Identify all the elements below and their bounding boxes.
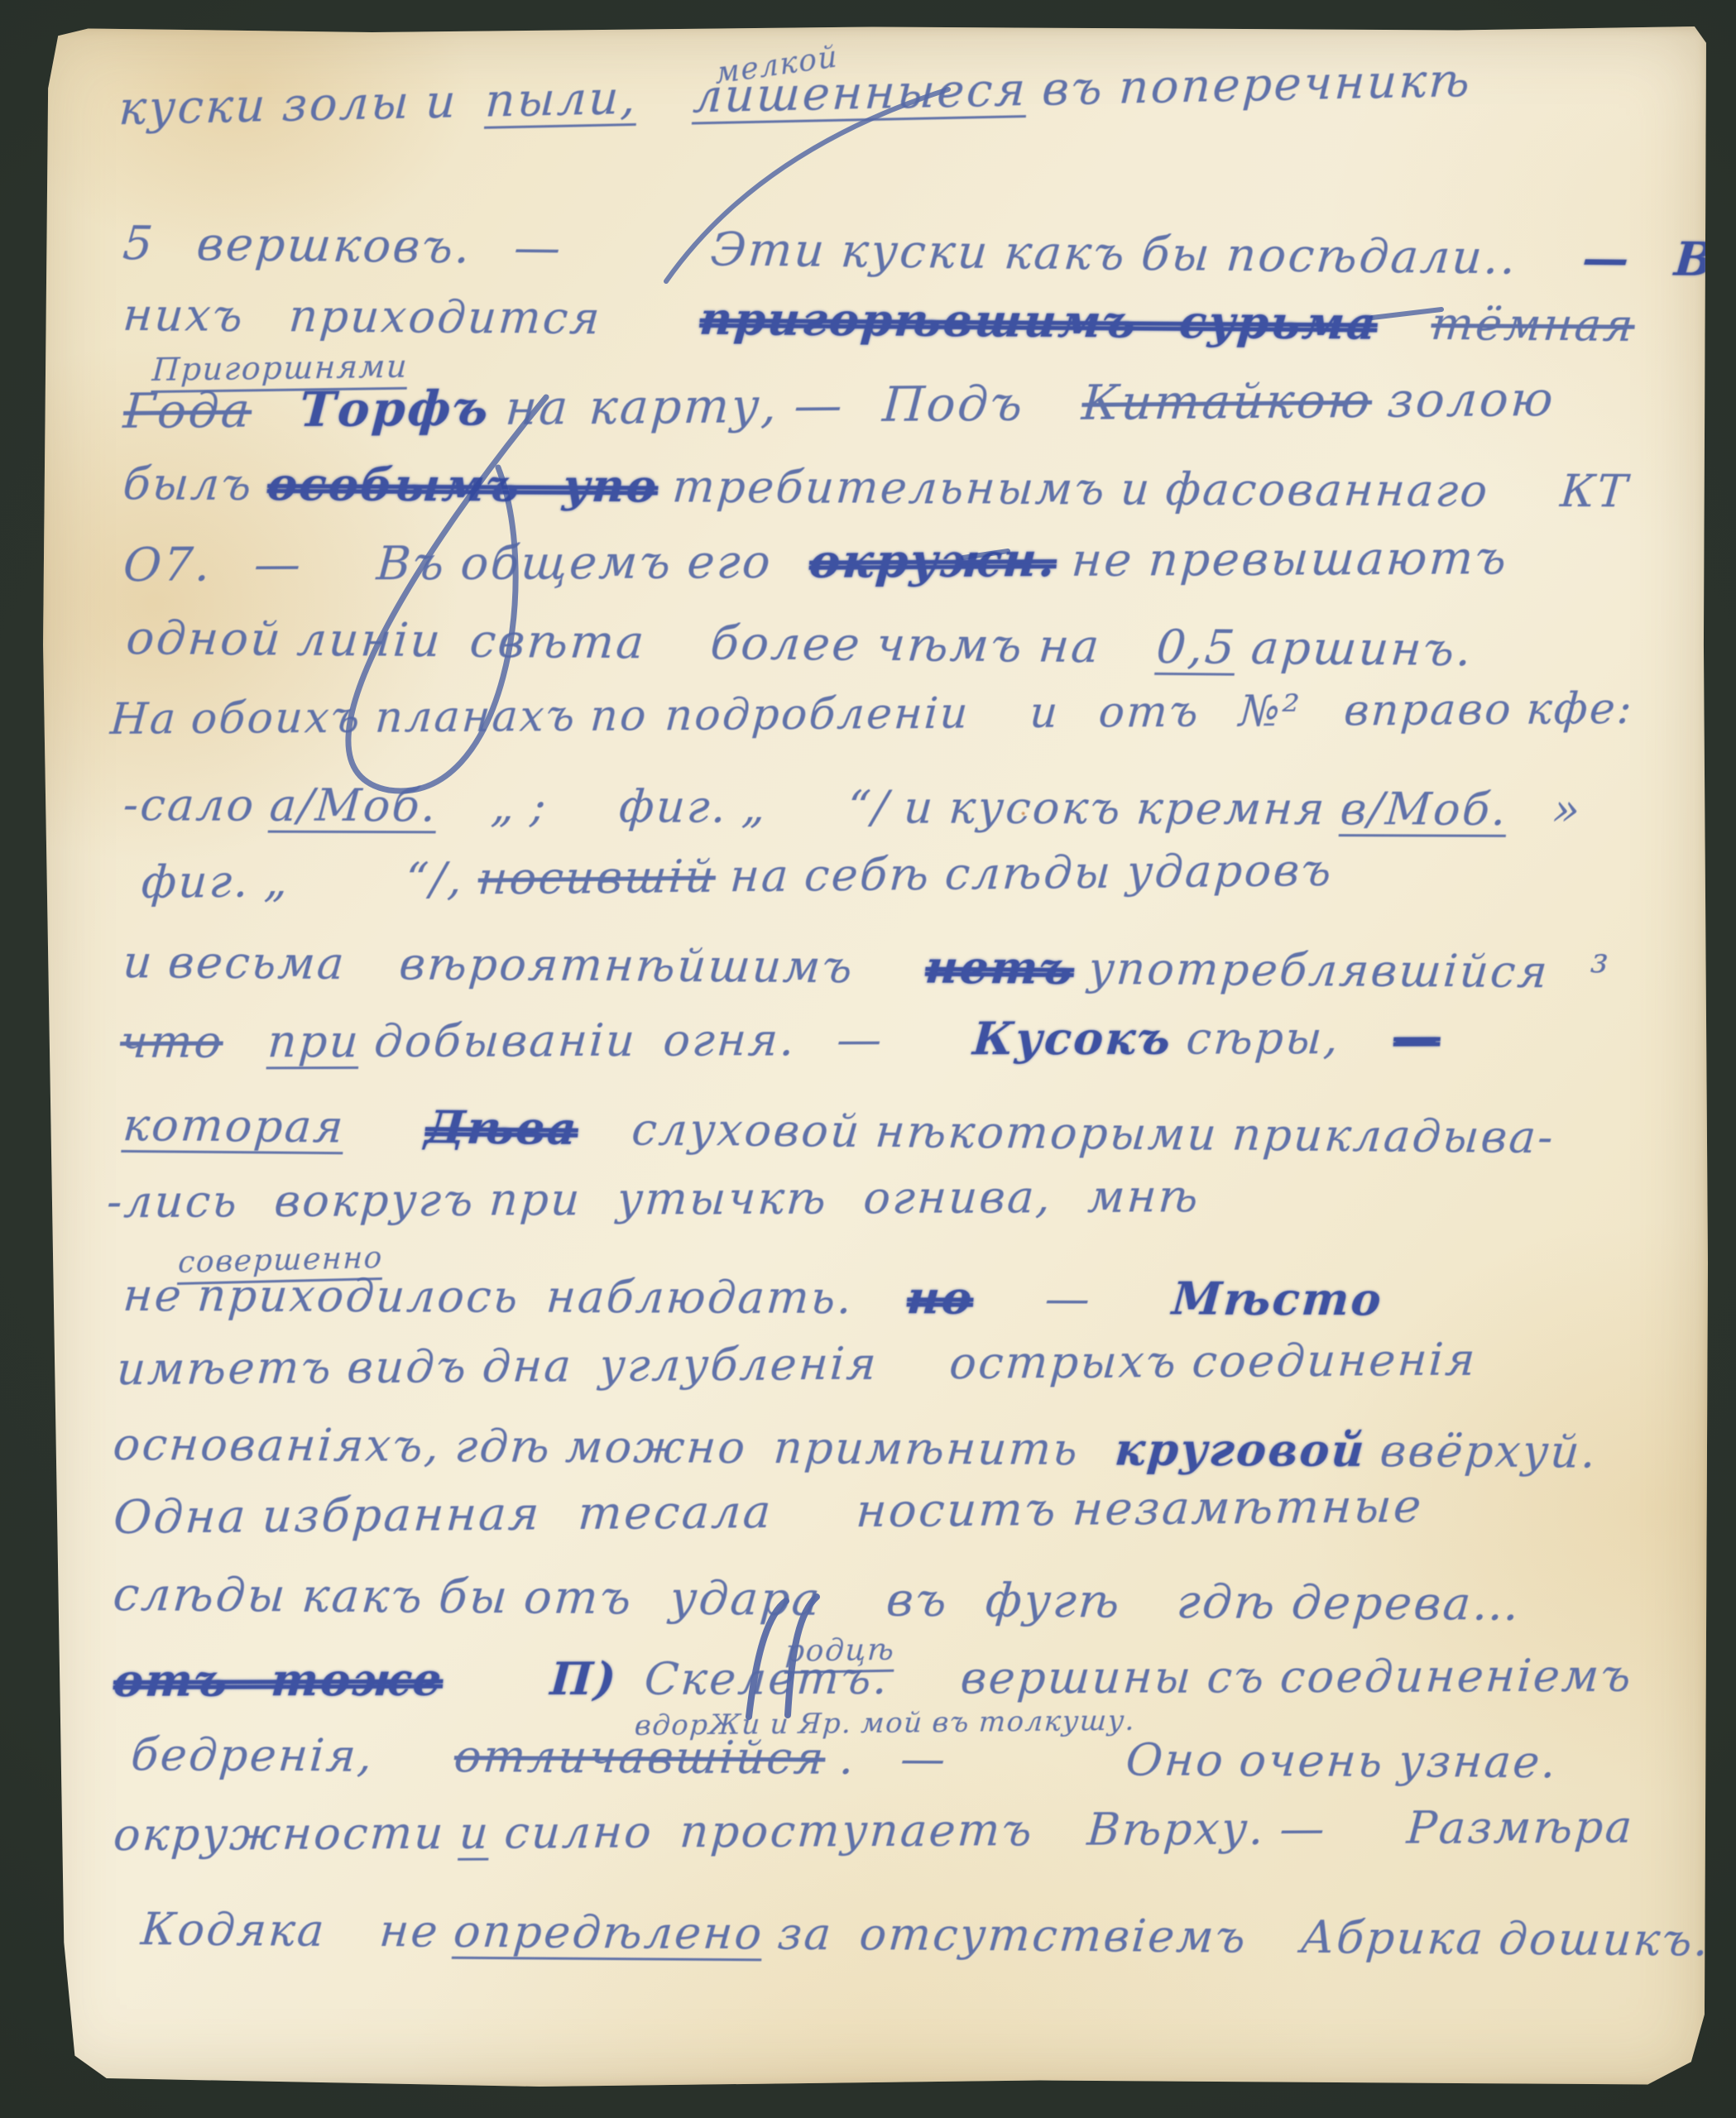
word: обоихъ bbox=[189, 697, 362, 740]
struck-word: отличавшійся bbox=[453, 1734, 827, 1780]
word: имѣетъ bbox=[115, 1345, 333, 1392]
struck-word: — bbox=[1392, 1015, 1441, 1060]
word: а/Моб. bbox=[268, 783, 439, 828]
word: гдѣ bbox=[1175, 1579, 1278, 1626]
word: Оно bbox=[1125, 1737, 1227, 1783]
word: О7. — bbox=[122, 541, 304, 588]
word: вокругъ bbox=[273, 1178, 477, 1224]
handwriting-line: -лисьвокругъприутычкѣогнива,мнѣ bbox=[105, 1174, 1201, 1224]
word: Эти bbox=[709, 227, 828, 274]
word: фиг. bbox=[140, 860, 251, 905]
word: на bbox=[1037, 624, 1103, 671]
handwriting-line: О7. —Въобщемъегоокружн.непревышаютъ bbox=[122, 534, 1509, 589]
word: его bbox=[686, 539, 774, 586]
word: гдѣ bbox=[453, 1424, 554, 1469]
word: дошикъ. bbox=[1497, 1917, 1711, 1963]
word: кремня bbox=[1134, 786, 1327, 831]
word: » bbox=[1551, 788, 1583, 832]
word: вершины bbox=[959, 1656, 1194, 1701]
struck-word: но bbox=[905, 1276, 975, 1320]
word: прикладыва- bbox=[1230, 1112, 1556, 1159]
handwriting-line: былъособымъ употребительнымъифасованнаго… bbox=[122, 461, 1631, 515]
word: нихъ bbox=[122, 293, 247, 338]
word: “/, bbox=[405, 857, 465, 903]
word: ; bbox=[529, 784, 549, 829]
word: одной bbox=[125, 616, 285, 664]
word: мнѣ bbox=[1086, 1174, 1201, 1220]
word: приходится bbox=[287, 295, 603, 342]
handwriting-line: -салоа/Моб.„;фиг.„“/икусокъкремняв/Моб.» bbox=[122, 783, 1584, 832]
word: приходилось bbox=[196, 1274, 521, 1320]
word: 5 вершковъ. — bbox=[121, 221, 564, 272]
word: . bbox=[838, 1736, 858, 1780]
struck-word: Дѣва bbox=[424, 1105, 580, 1151]
word: очень bbox=[1237, 1738, 1385, 1784]
struck-word: что bbox=[118, 1020, 224, 1065]
struck-word: пригорѣвшимъ сурьма bbox=[698, 296, 1379, 346]
word: более bbox=[709, 621, 864, 668]
word: „ bbox=[263, 859, 291, 903]
handwriting-line: ивесьмавѣроятнѣйшимънетъупотреблявшійся … bbox=[122, 939, 1612, 995]
word: фугѣ bbox=[984, 1578, 1123, 1625]
word: золою bbox=[1386, 375, 1556, 424]
handwriting-line: имѣетъвидъднауглубленіяострыхъсоединенія bbox=[115, 1338, 1478, 1392]
word: золы bbox=[281, 80, 411, 129]
word: „ bbox=[490, 783, 518, 828]
handwriting-line: однойлиніисвѣтаболеечѣмъна0,5аршинъ. bbox=[125, 616, 1475, 673]
word: Въ bbox=[375, 540, 447, 587]
word: бы bbox=[1139, 232, 1213, 279]
word: кусокъ bbox=[947, 785, 1124, 831]
word: добываніи bbox=[373, 1018, 638, 1064]
handwriting-line: чтопридобываніиогня. —Кусокъсѣры,— bbox=[118, 1015, 1441, 1066]
word: примѣнить bbox=[772, 1426, 1081, 1472]
word: свѣта bbox=[468, 619, 648, 667]
word: огнива, bbox=[862, 1175, 1053, 1220]
word: общемъ bbox=[459, 539, 674, 587]
word: фасованнаго bbox=[1164, 467, 1491, 514]
word: в/Моб. bbox=[1339, 787, 1509, 832]
word: куски bbox=[839, 228, 991, 276]
word: которая bbox=[122, 1103, 347, 1149]
word: “/ bbox=[846, 785, 891, 830]
handwriting-line: основаніяхъ,гдѣможнопримѣнитькруговойввё… bbox=[112, 1421, 1599, 1474]
word: въ bbox=[885, 1577, 950, 1623]
word: пыли, bbox=[484, 75, 639, 125]
word: отъ bbox=[522, 1574, 635, 1622]
word: карту, bbox=[587, 381, 780, 431]
word: подробленіи bbox=[664, 692, 971, 737]
handwriting-line: Однаизбраннаятесаланоситънезамѣтные bbox=[112, 1484, 1424, 1542]
word: въ bbox=[1041, 65, 1105, 113]
word: на bbox=[729, 854, 792, 899]
word: Размѣра bbox=[1405, 1804, 1635, 1850]
word: линіи bbox=[295, 617, 444, 664]
word: основаніяхъ, bbox=[112, 1422, 443, 1469]
struck-word: Года bbox=[122, 386, 253, 434]
word: можно bbox=[563, 1425, 748, 1470]
word: Одна bbox=[112, 1494, 248, 1541]
word: нѣкоторыми bbox=[874, 1109, 1220, 1157]
handwriting-line: КодяканеопредѣленозаотсутствіемъАбрикадо… bbox=[122, 1907, 1712, 1962]
handwriting-line: фиг.„“/,носившійнасебѣслѣдыударовъ bbox=[122, 848, 1335, 905]
word: узнае. bbox=[1397, 1739, 1559, 1785]
handwriting-line: отъ тожеП)Скелетъ.вершинысъсоединеніемъ bbox=[112, 1653, 1634, 1704]
word: 0,5 bbox=[1154, 625, 1238, 672]
word: вѣроятнѣйшимъ bbox=[398, 942, 856, 990]
word: П) bbox=[549, 1656, 619, 1701]
word: — Въ bbox=[1580, 236, 1736, 284]
word: — bbox=[1043, 1277, 1093, 1321]
word: углубленія bbox=[598, 1342, 880, 1388]
word: слѣды bbox=[943, 851, 1114, 897]
word: соединеніемъ bbox=[1278, 1654, 1634, 1699]
word: планахъ bbox=[374, 695, 578, 740]
word: незамѣтные bbox=[1071, 1484, 1424, 1534]
word: дерева… bbox=[1290, 1579, 1523, 1627]
handwriting-line: котораяДѣваслуховойнѣкоторымиприкладыва- bbox=[122, 1102, 1557, 1160]
word: не bbox=[122, 1273, 185, 1318]
word: Вѣрху. bbox=[1086, 1807, 1267, 1852]
handwriting-line: ГодаТорфънакарту,—ПодъКитайкоюзолою bbox=[122, 375, 1556, 435]
word: и bbox=[122, 940, 156, 985]
word: дна bbox=[481, 1344, 574, 1389]
struck-word: нетъ bbox=[923, 945, 1076, 990]
word: посѣдали.. bbox=[1225, 232, 1519, 282]
word: фиг. bbox=[617, 784, 729, 829]
manuscript-page: кускизолыипыли,лишенныесявъпоперечникѣ5 … bbox=[38, 26, 1708, 2087]
word: бы bbox=[437, 1574, 511, 1621]
word: отсутствіемъ bbox=[858, 1913, 1249, 1960]
word: Абрика bbox=[1299, 1915, 1486, 1962]
word: — bbox=[793, 381, 846, 429]
word: КТ bbox=[1559, 469, 1631, 514]
word: острыхъ bbox=[948, 1339, 1179, 1386]
word: при bbox=[487, 1177, 583, 1223]
word: утычкѣ bbox=[616, 1176, 829, 1222]
word: Кусокъ bbox=[971, 1016, 1173, 1061]
struck-word: особымъ упо bbox=[266, 462, 659, 508]
struck-word: Китайкою bbox=[1081, 376, 1374, 427]
word: и bbox=[1119, 467, 1153, 512]
word: Подъ bbox=[881, 379, 1026, 429]
word: былъ bbox=[122, 462, 255, 507]
word: силно bbox=[503, 1809, 655, 1855]
word: превышаютъ bbox=[1147, 535, 1509, 583]
handwriting-line: окружностиисилнопроступаетъВѣрху.—Размѣр… bbox=[112, 1804, 1635, 1857]
word: съ bbox=[1206, 1655, 1268, 1699]
word: ударовъ bbox=[1125, 848, 1334, 895]
photo-backdrop: кускизолыипыли,лишенныесявъпоперечникѣ5 … bbox=[0, 0, 1736, 2118]
word: тесала bbox=[577, 1489, 774, 1537]
word: и отъ №² bbox=[1029, 690, 1302, 735]
handwriting-line: бедренія,отличавшійся.—Онооченьузнае. bbox=[112, 1732, 1559, 1785]
word: ввёрхуй. bbox=[1379, 1429, 1599, 1474]
word: сѣры, bbox=[1185, 1016, 1341, 1061]
word: и bbox=[424, 79, 458, 127]
word: вправо bbox=[1342, 688, 1513, 732]
word: Кодяка bbox=[139, 1908, 327, 1954]
word: окружности bbox=[112, 1811, 446, 1857]
word: на bbox=[504, 383, 572, 432]
word: кфе: bbox=[1525, 688, 1635, 731]
struck-word: носившій bbox=[477, 855, 717, 902]
word: — bbox=[899, 1737, 948, 1781]
word: слуховой bbox=[630, 1107, 862, 1153]
word: соединенія bbox=[1191, 1338, 1479, 1384]
word: какъ bbox=[1002, 230, 1128, 278]
word: аршинъ. bbox=[1249, 625, 1475, 673]
word: весьма bbox=[166, 940, 348, 985]
word: по bbox=[589, 694, 650, 738]
handwriting-line: нихъприходитсяпригорѣвшимъ сурьматёмнаяВ… bbox=[122, 292, 1736, 349]
word: слѣды bbox=[112, 1572, 289, 1619]
word: На bbox=[109, 697, 179, 741]
word: и bbox=[458, 1810, 492, 1855]
word: употреблявшійся ³ bbox=[1086, 946, 1611, 994]
handwriting-line: Наобоихъпланахъпоподробленіии отъ №²впра… bbox=[109, 688, 1635, 741]
struck-word: окружн. bbox=[808, 537, 1058, 585]
word: -лись bbox=[105, 1180, 240, 1225]
word: толкушу. bbox=[978, 1706, 1136, 1736]
word: проступаетъ bbox=[679, 1808, 1035, 1854]
handwriting-line: слѣдыкакъбыотъударавъфугѣгдѣдерева… bbox=[112, 1572, 1523, 1628]
struck-word: отъ тоже bbox=[112, 1657, 444, 1703]
word: куски bbox=[117, 83, 268, 132]
word: чѣмъ bbox=[875, 622, 1025, 670]
word: какъ bbox=[300, 1573, 426, 1620]
word: „ bbox=[741, 784, 769, 829]
word: наблюдать. bbox=[544, 1275, 855, 1320]
word: опредѣлено bbox=[452, 1910, 765, 1957]
word: избранная bbox=[261, 1492, 542, 1541]
word: требительнымъ bbox=[671, 465, 1108, 512]
word: Въ bbox=[1731, 304, 1736, 349]
word: -сало bbox=[122, 783, 257, 828]
word: видъ bbox=[346, 1344, 470, 1390]
word: Торфъ bbox=[298, 384, 491, 434]
word: круговой bbox=[1113, 1426, 1367, 1473]
word: бедренія, bbox=[129, 1732, 375, 1779]
word: огня. — bbox=[662, 1018, 885, 1063]
word: — bbox=[1278, 1806, 1328, 1851]
word: и bbox=[902, 785, 936, 830]
handwriting-line: неприходилосьнаблюдать.но—Мѣсто bbox=[122, 1272, 1384, 1322]
word: при bbox=[266, 1019, 362, 1064]
struck-word: тёмная bbox=[1430, 302, 1637, 348]
word: не bbox=[1070, 537, 1135, 583]
word: Мѣсто bbox=[1171, 1277, 1385, 1322]
word: себѣ bbox=[803, 852, 932, 898]
word: Скелетъ. bbox=[643, 1656, 890, 1702]
word: не bbox=[377, 1910, 441, 1954]
word: поперечникѣ bbox=[1118, 58, 1473, 112]
handwriting-line: 5 вершковъ. —Этикускикакъбыпосѣдали..— В… bbox=[121, 220, 1736, 285]
word: удара bbox=[668, 1575, 823, 1622]
word: за bbox=[776, 1912, 835, 1957]
word: носитъ bbox=[855, 1487, 1059, 1535]
